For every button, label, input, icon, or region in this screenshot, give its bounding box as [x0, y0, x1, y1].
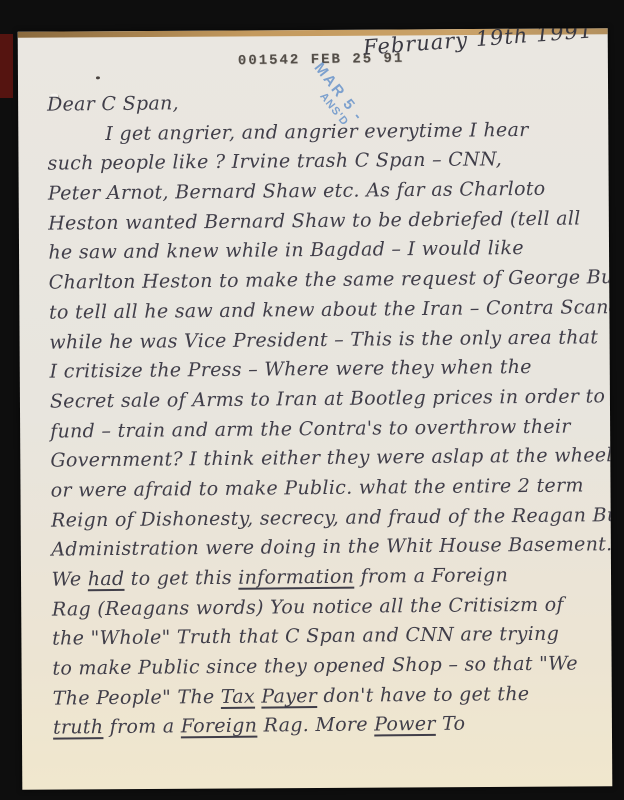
underlined-word: Foreign: [181, 715, 258, 738]
line-text: Administration were doing in the Whit Ho…: [51, 534, 612, 561]
letter-line: I get angrier, and angrier everytime I h…: [47, 115, 599, 150]
letter-paper: 001542 FEB 25 91 February 19th 1991 MAR …: [18, 28, 613, 790]
paper-speck: [96, 76, 100, 79]
line-text: Rag. More: [257, 714, 374, 737]
letter-line: or were afraid to make Public. what the …: [51, 471, 603, 506]
line-text: Rag (Reagans words) You notice all the C…: [52, 593, 564, 620]
letter-line: truth from a Foreign Rag. More Power To: [53, 709, 605, 744]
letter-line: The People" The Tax Payer don't have to …: [53, 679, 605, 714]
letter-line: Secret sale of Arms to Iran at Bootleg p…: [50, 382, 602, 417]
underlined-word: Payer: [261, 685, 317, 708]
line-text: to make Public since they opened Shop – …: [52, 653, 578, 680]
line-text: Reign of Dishonesty, secrecy, and fraud …: [51, 504, 612, 532]
underlined-word: Power: [374, 713, 436, 736]
underlined-word: information: [238, 566, 354, 589]
line-text: Government? I think either they were asl…: [50, 444, 612, 471]
line-text: Peter Arnot, Bernard Shaw etc. As far as…: [48, 178, 546, 205]
line-text: The People" The: [53, 686, 221, 710]
line-text: I critisize the Press – Where were they …: [50, 356, 532, 383]
line-text: the "Whole" Truth that C Span and CNN ar…: [52, 623, 559, 650]
line-text: To: [436, 713, 466, 735]
letter-lines-container: I get angrier, and angrier everytime I h…: [47, 115, 605, 744]
line-text: to get this: [124, 567, 238, 590]
line-text: from a Foreign: [354, 564, 508, 587]
book-spine-edge: [0, 34, 13, 98]
line-text: to tell all he saw and knew about the Ir…: [49, 296, 612, 324]
letter-date: February 19th 1991: [362, 28, 594, 60]
line-text: Heston wanted Bernard Shaw to be debrief…: [48, 207, 581, 234]
underlined-word: truth: [53, 717, 104, 739]
line-text: Secret sale of Arms to Iran at Bootleg p…: [50, 385, 606, 412]
underlined-word: Tax: [221, 685, 255, 707]
letter-body: Dear C Span, I get angrier, and angrier …: [47, 85, 605, 743]
line-text: or were afraid to make Public. what the …: [51, 474, 584, 501]
line-text: he saw and knew while in Bagdad – I woul…: [48, 237, 524, 264]
line-text: while he was Vice President – This is th…: [49, 326, 598, 353]
line-text: Charlton Heston to make the same request…: [49, 266, 613, 294]
underlined-word: had: [88, 568, 125, 590]
letter-line: Administration were doing in the Whit Ho…: [51, 531, 603, 566]
line-text: such people like ? Irvine trash C Span –…: [48, 149, 503, 175]
line-text: I get angrier, and angrier everytime I h…: [105, 119, 528, 145]
line-text: fund – train and arm the Contra's to ove…: [50, 415, 571, 442]
letter-line: to tell all he saw and knew about the Ir…: [49, 293, 601, 328]
line-text: We: [52, 568, 88, 590]
line-text: don't have to get the: [317, 683, 529, 707]
line-text: from a: [103, 716, 181, 739]
